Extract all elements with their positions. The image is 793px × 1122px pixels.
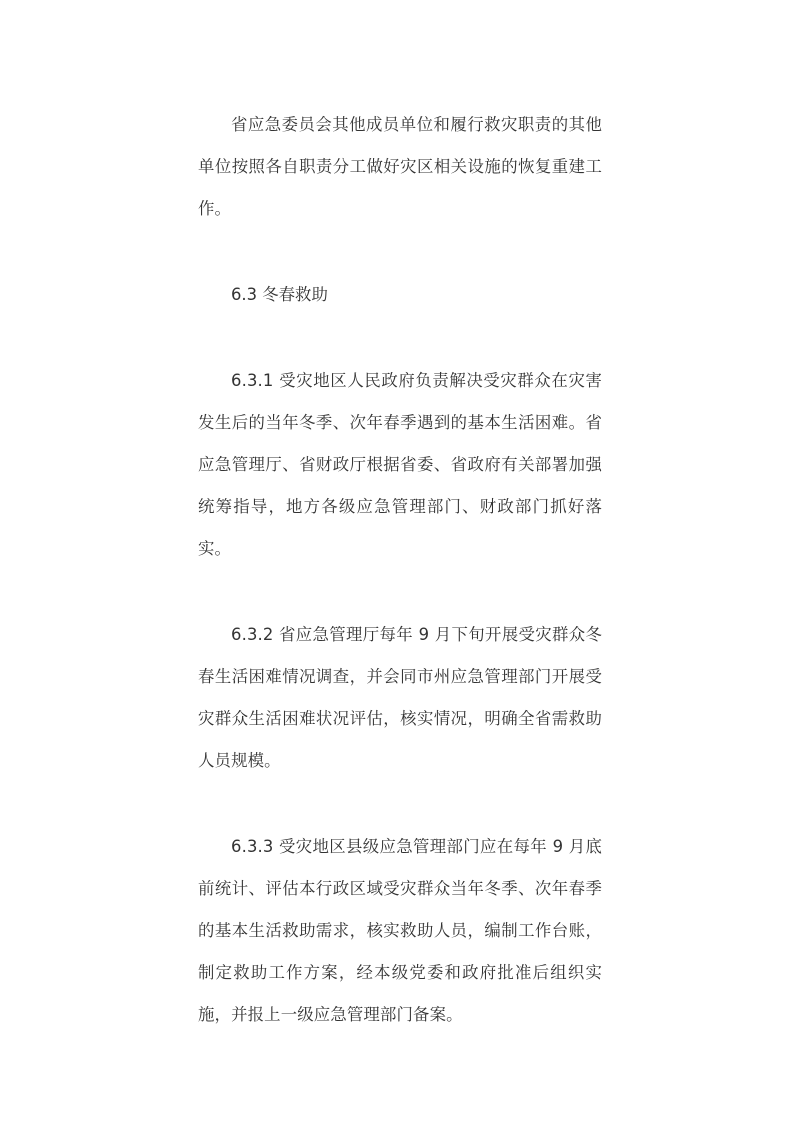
paragraph-6-3-3: 6.3.3 受灾地区县级应急管理部门应在每年 9 月底前统计、评估本行政区域受灾… xyxy=(198,826,602,1036)
spacer xyxy=(198,570,602,614)
paragraph-reconstruction: 省应急委员会其他成员单位和履行救灾职责的其他单位按照各自职责分工做好灾区相关设施… xyxy=(198,104,602,230)
document-page: 省应急委员会其他成员单位和履行救灾职责的其他单位按照各自职责分工做好灾区相关设施… xyxy=(198,104,602,1036)
paragraph-6-3-2: 6.3.2 省应急管理厅每年 9 月下旬开展受灾群众冬春生活困难情况调查，并会同… xyxy=(198,614,602,782)
spacer xyxy=(198,316,602,360)
paragraph-6-3-1: 6.3.1 受灾地区人民政府负责解决受灾群众在灾害发生后的当年冬季、次年春季遇到… xyxy=(198,360,602,570)
spacer xyxy=(198,230,602,274)
spacer xyxy=(198,782,602,826)
section-heading-6-3: 6.3 冬春救助 xyxy=(198,274,602,316)
